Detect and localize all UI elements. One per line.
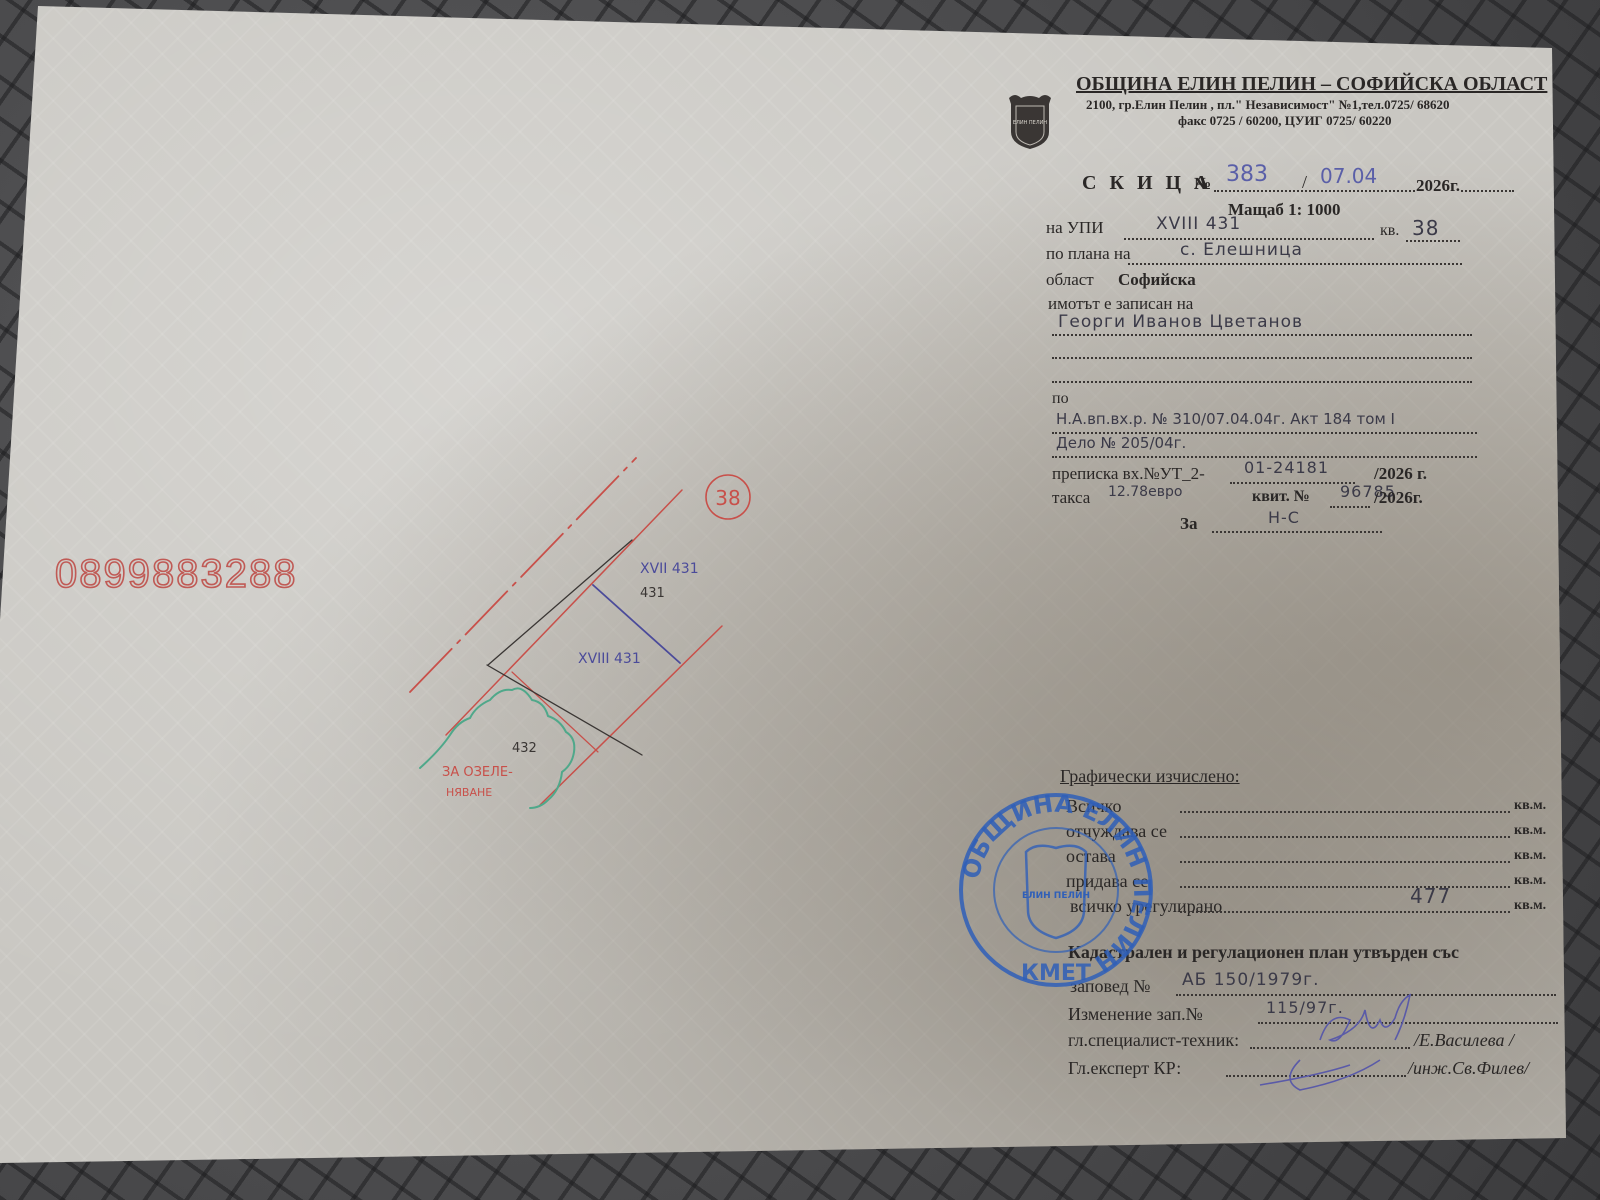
watermark-phone: 0899883288 (55, 552, 297, 597)
svg-text:XVII 431: XVII 431 (640, 561, 699, 577)
svg-text:XVIII 431: XVIII 431 (578, 651, 641, 667)
plot-drawing: 38 XVII 431 431 XVIII 431 432 ЗА ОЗЕЛЕ- … (0, 0, 1600, 1200)
svg-text:НЯВАНЕ: НЯВАНЕ (446, 786, 492, 799)
svg-text:38: 38 (715, 486, 740, 510)
svg-text:ЗА ОЗЕЛЕ-: ЗА ОЗЕЛЕ- (442, 765, 513, 780)
svg-text:431: 431 (640, 586, 665, 601)
svg-text:432: 432 (512, 741, 537, 756)
